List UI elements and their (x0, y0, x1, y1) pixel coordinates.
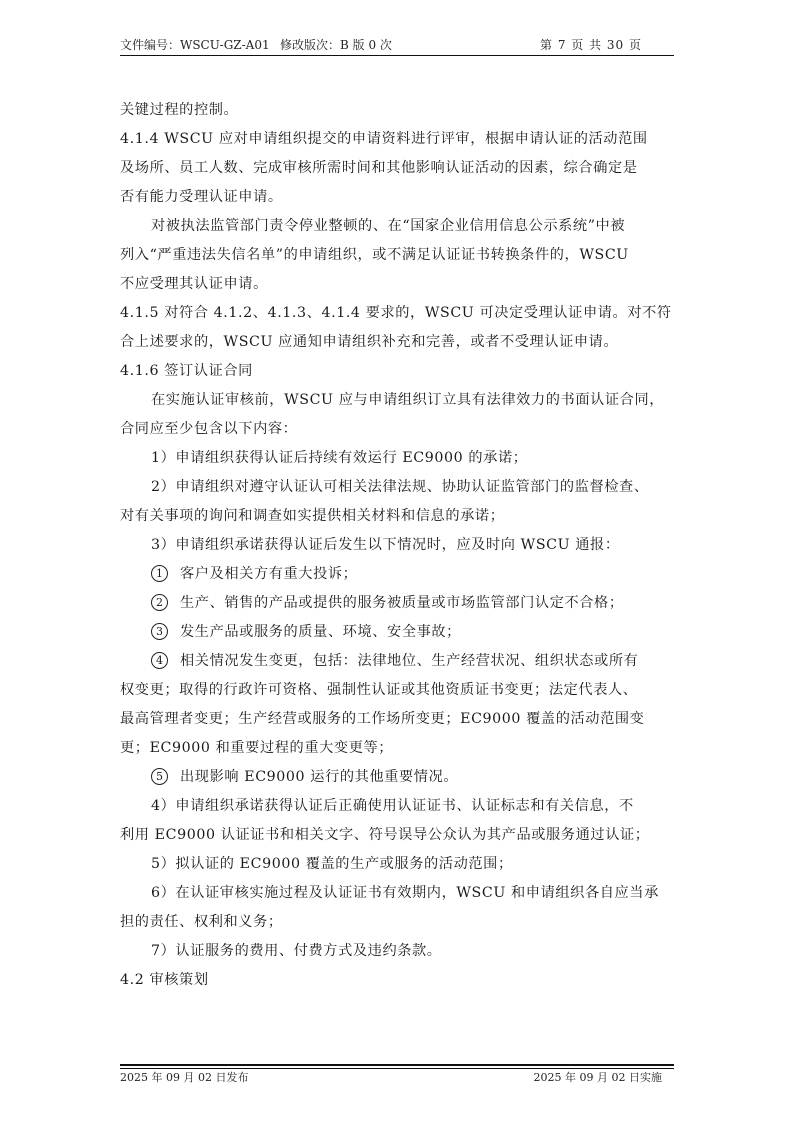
numbered-list-item: 5出现影响 EC9000 运行的其他重要情况。 (120, 763, 676, 792)
line-text: 5）拟认证的 EC9000 覆盖的生产或服务的活动范围； (151, 856, 513, 872)
text-line: 对被执法监管部门责令停业整顿的、在“国家企业信用信息公示系统”中被 (120, 212, 676, 241)
text-line: 关键过程的控制。 (120, 96, 676, 125)
line-text: 4.1.5 对符合 4.1.2、4.1.3、4.1.4 要求的，WSCU 可决定… (120, 305, 672, 321)
issue-date: 2025 年 09 月 02 日发布 (120, 1070, 248, 1086)
text-line: 及场所、员工人数、完成审核所需时间和其他影响认证活动的因素，综合确定是 (120, 154, 676, 183)
list-item-text: 客户及相关方有重大投诉； (180, 566, 357, 582)
text-line: 4.1.5 对符合 4.1.2、4.1.3、4.1.4 要求的，WSCU 可决定… (120, 299, 676, 328)
numbered-list-item: 2生产、销售的产品或提供的服务被质量或市场监管部门认定不合格； (120, 589, 676, 618)
text-line: 更；EC9000 和重要过程的重大变更等； (120, 734, 676, 763)
text-line: 4）申请组织承诺获得认证后正确使用认证证书、认证标志和有关信息，不 (120, 792, 676, 821)
text-line: 列入“严重违法失信名单”的申请组织，或不满足认证证书转换条件的，WSCU (120, 241, 676, 270)
line-text: 在实施认证审核前，WSCU 应与申请组织订立具有法律效力的书面认证合同， (151, 392, 664, 408)
line-text: 最高管理者变更；生产经营或服务的工作场所变更；EC9000 覆盖的活动范围变 (120, 711, 644, 727)
text-line: 权变更；取得的行政许可资格、强制性认证或其他资质证书变更；法定代表人、 (120, 676, 676, 705)
line-text: 合同应至少包含以下内容： (120, 421, 297, 437)
text-line: 4.2 审核策划 (120, 966, 676, 995)
line-text: 对被执法监管部门责令停业整顿的、在“国家企业信用信息公示系统”中被 (151, 218, 625, 234)
circled-number-marker: 2 (151, 594, 168, 611)
line-text: 4.1.6 签订认证合同 (120, 363, 253, 379)
text-line: 最高管理者变更；生产经营或服务的工作场所变更；EC9000 覆盖的活动范围变 (120, 705, 676, 734)
line-text: 关键过程的控制。 (120, 102, 238, 118)
text-line: 3）申请组织承诺获得认证后发生以下情况时，应及时向 WSCU 通报： (120, 531, 676, 560)
text-line: 不应受理其认证申请。 (120, 270, 676, 299)
line-text: 列入“严重违法失信名单”的申请组织，或不满足认证证书转换条件的，WSCU (120, 247, 629, 263)
effective-date: 2025 年 09 月 02 日实施 (534, 1070, 662, 1086)
list-item-text: 出现影响 EC9000 运行的其他重要情况。 (180, 769, 458, 785)
text-line: 7）认证服务的费用、付费方式及违约条款。 (120, 937, 676, 966)
text-line: 合上述要求的，WSCU 应通知申请组织补充和完善，或者不受理认证申请。 (120, 328, 676, 357)
line-text: 2）申请组织对遵守认证认可相关法律法规、协助认证监管部门的监督检查、 (151, 479, 649, 495)
text-line: 6）在认证审核实施过程及认证证书有效期内，WSCU 和申请组织各自应当承 (120, 879, 676, 908)
text-line: 在实施认证审核前，WSCU 应与申请组织订立具有法律效力的书面认证合同， (120, 386, 676, 415)
line-text: 对有关事项的询问和调查如实提供相关材料和信息的承诺； (120, 508, 504, 524)
line-text: 不应受理其认证申请。 (120, 276, 268, 292)
document-body: 关键过程的控制。4.1.4 WSCU 应对申请组织提交的申请资料进行评审，根据申… (120, 96, 676, 995)
page-footer: 2025 年 09 月 02 日发布 2025 年 09 月 02 日实施 (120, 1070, 674, 1086)
list-item-text: 生产、销售的产品或提供的服务被质量或市场监管部门认定不合格； (180, 595, 624, 611)
line-text: 权变更；取得的行政许可资格、强制性认证或其他资质证书变更；法定代表人、 (120, 682, 638, 698)
header-rule (120, 55, 674, 56)
text-line: 担的责任、权利和义务； (120, 908, 676, 937)
line-text: 更；EC9000 和重要过程的重大变更等； (120, 740, 393, 756)
text-line: 对有关事项的询问和调查如实提供相关材料和信息的承诺； (120, 502, 676, 531)
footer-rule-thin (120, 1068, 674, 1069)
numbered-list-item: 4相关情况发生变更，包括：法律地位、生产经营状况、组织状态或所有 (120, 647, 676, 676)
line-text: 1）申请组织获得认证后持续有效运行 EC9000 的承诺； (151, 450, 528, 466)
circled-number-marker: 1 (151, 565, 168, 582)
list-item-text: 相关情况发生变更，包括：法律地位、生产经营状况、组织状态或所有 (180, 653, 638, 669)
footer-rule-thick (120, 1064, 674, 1066)
circled-number-marker: 4 (151, 652, 168, 669)
line-text: 4）申请组织承诺获得认证后正确使用认证证书、认证标志和有关信息，不 (151, 798, 634, 814)
numbered-list-item: 3发生产品或服务的质量、环境、安全事故； (120, 618, 676, 647)
line-text: 利用 EC9000 认证证书和相关文字、符号误导公众认为其产品或服务通过认证； (120, 827, 650, 843)
line-text: 合上述要求的，WSCU 应通知申请组织补充和完善，或者不受理认证申请。 (120, 334, 618, 350)
text-line: 1）申请组织获得认证后持续有效运行 EC9000 的承诺； (120, 444, 676, 473)
numbered-list-item: 1客户及相关方有重大投诉； (120, 560, 676, 589)
line-text: 及场所、员工人数、完成审核所需时间和其他影响认证活动的因素，综合确定是 (120, 160, 638, 176)
line-text: 6）在认证审核实施过程及认证证书有效期内，WSCU 和申请组织各自应当承 (151, 885, 659, 901)
page-header: 文件编号：WSCU-GZ-A01 修改版次：B 版 0 次 第 7 页 共 30… (120, 36, 674, 54)
text-line: 合同应至少包含以下内容： (120, 415, 676, 444)
text-line: 4.1.4 WSCU 应对申请组织提交的申请资料进行评审，根据申请认证的活动范围 (120, 125, 676, 154)
line-text: 3）申请组织承诺获得认证后发生以下情况时，应及时向 WSCU 通报： (151, 537, 620, 553)
document-number: 文件编号：WSCU-GZ-A01 (120, 36, 270, 54)
text-line: 5）拟认证的 EC9000 覆盖的生产或服务的活动范围； (120, 850, 676, 879)
page-number: 第 7 页 共 30 页 (540, 36, 642, 54)
text-line: 否有能力受理认证申请。 (120, 183, 676, 212)
text-line: 2）申请组织对遵守认证认可相关法律法规、协助认证监管部门的监督检查、 (120, 473, 676, 502)
line-text: 7）认证服务的费用、付费方式及违约条款。 (151, 943, 442, 959)
line-text: 否有能力受理认证申请。 (120, 189, 283, 205)
circled-number-marker: 3 (151, 623, 168, 640)
line-text: 4.1.4 WSCU 应对申请组织提交的申请资料进行评审，根据申请认证的活动范围 (120, 131, 648, 147)
line-text: 担的责任、权利和义务； (120, 914, 283, 930)
text-line: 4.1.6 签订认证合同 (120, 357, 676, 386)
text-line: 利用 EC9000 认证证书和相关文字、符号误导公众认为其产品或服务通过认证； (120, 821, 676, 850)
line-text: 4.2 审核策划 (120, 972, 209, 988)
list-item-text: 发生产品或服务的质量、环境、安全事故； (180, 624, 461, 640)
circled-number-marker: 5 (151, 768, 168, 785)
revision-number: 修改版次：B 版 0 次 (280, 36, 392, 54)
